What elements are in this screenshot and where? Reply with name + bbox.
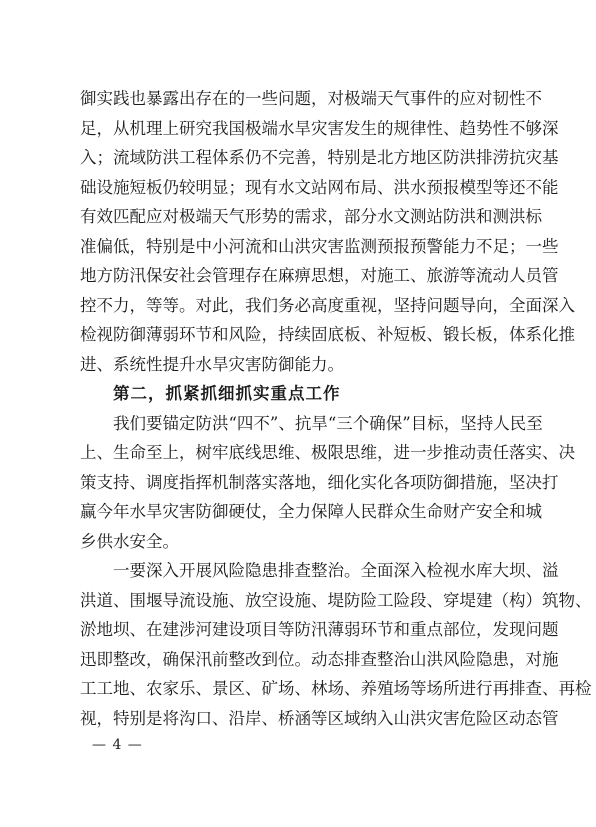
paragraph-line: 迅即整改，确保汛前整改到位。动态排查整治山洪风险隐患，对施 [80, 645, 522, 675]
paragraph-line-end: 乡供水安全。 [80, 527, 522, 557]
paragraph-line: 检视防御薄弱环节和风险，持续固底板、补短板、锻长板，体系化推 [80, 320, 522, 350]
document-page: 御实践也暴露出存在的一些问题，对极端天气事件的应对韧性不 足，从机理上研究我国极… [0, 0, 596, 827]
paragraph-line: 淤地坝、在建涉河建设项目等防汛薄弱环节和重点部位，发现问题 [80, 615, 522, 645]
paragraph-line: 洪道、围堰导流设施、放空设施、堤防险工险段、穿堤建（构）筑物、 [80, 586, 522, 616]
paragraph-line: 策支持、调度指挥机制落实落地，细化实化各项防御措施，坚决打 [80, 468, 522, 498]
document-body: 御实践也暴露出存在的一些问题，对极端天气事件的应对韧性不 足，从机理上研究我国极… [80, 84, 522, 733]
page-number: — 4 — [92, 737, 143, 753]
paragraph-line: 御实践也暴露出存在的一些问题，对极端天气事件的应对韧性不 [80, 84, 522, 114]
paragraph-line: 控不力，等等。对此，我们务必高度重视，坚持问题导向，全面深入 [80, 291, 522, 321]
paragraph-line: 地方防汛保安社会管理存在麻痹思想，对施工、旅游等流动人员管 [80, 261, 522, 291]
paragraph-line: 入；流域防洪工程体系仍不完善，特别是北方地区防洪排涝抗灾基 [80, 143, 522, 173]
paragraph-line: 础设施短板仍较明显；现有水文站网布局、洪水预报模型等还不能 [80, 173, 522, 203]
paragraph-line-end: 进、系统性提升水旱灾害防御能力。 [80, 350, 522, 380]
section-heading: 第二，抓紧抓细抓实重点工作 [80, 379, 522, 409]
paragraph-line: 赢今年水旱灾害防御硬仗，全力保障人民群众生命财产安全和城 [80, 497, 522, 527]
paragraph-line-start: 我们要锚定防洪“四不”、抗旱“三个确保”目标，坚持人民至 [80, 409, 522, 439]
paragraph-line: 视，特别是将沟口、沿岸、桥涵等区域纳入山洪灾害危险区动态管 [80, 704, 522, 734]
paragraph-line: 工工地、农家乐、景区、矿场、林场、养殖场等场所进行再排查、再检 [80, 674, 522, 704]
paragraph-line: 有效匹配应对极端天气形势的需求，部分水文测站防洪和测洪标 [80, 202, 522, 232]
paragraph-line: 足，从机理上研究我国极端水旱灾害发生的规律性、趋势性不够深 [80, 114, 522, 144]
paragraph-line: 准偏低，特别是中小河流和山洪灾害监测预报预警能力不足；一些 [80, 232, 522, 262]
paragraph-line-start: 一要深入开展风险隐患排查整治。全面深入检视水库大坝、溢 [80, 556, 522, 586]
paragraph-line: 上、生命至上，树牢底线思维、极限思维，进一步推动责任落实、决 [80, 438, 522, 468]
